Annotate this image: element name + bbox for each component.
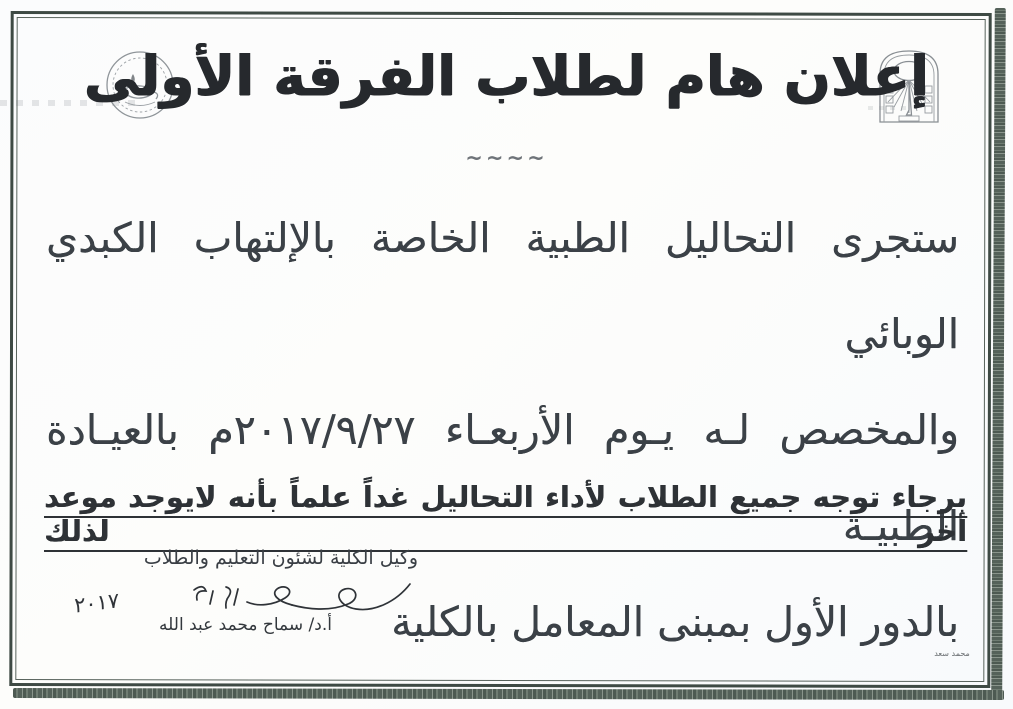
- scan-edge-band-right: [991, 8, 1006, 692]
- scanned-announcement-page: إعلان هام لطلاب الفرقة الأولى ~~~~ ستجرى…: [0, 0, 1013, 709]
- announcement-title: إعلان هام لطلاب الفرقة الأولى: [0, 44, 1013, 108]
- underlined-notice: برجاء توجه جميع الطلاب لأداء التحاليل غد…: [44, 480, 967, 548]
- signatory-role: وكيل الكلية لشئون التعليم والطلاب: [112, 547, 450, 569]
- title-divider-squiggle: ~~~~: [0, 146, 1013, 170]
- signatory-name: أ.د/ سماح محمد عبد الله: [138, 615, 353, 635]
- body-line-1: ستجرى التحاليل الطبية الخاصة بالإلتهاب ا…: [46, 190, 959, 382]
- scan-edge-band-bottom: [13, 688, 1004, 700]
- corner-note: محمد سعد: [928, 649, 976, 658]
